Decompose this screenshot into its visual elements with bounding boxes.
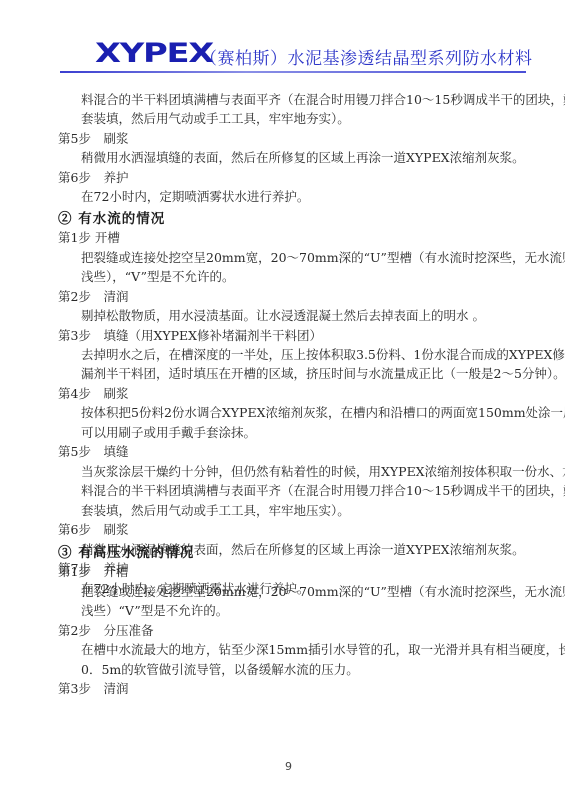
paragraph-line: 浅些），“V”型是不允许的。 [81,269,235,285]
step-heading: 第5步 填缝 [58,444,128,460]
paragraph-line: 0．5m的软管做引流导管，以备缓解水流的压力。 [81,662,359,678]
step-heading: 第6步 养护 [58,170,128,186]
paragraph-line: 套装填，然后用气动或手工工具，牢牢地压实）。 [81,503,350,519]
page-number: 9 [285,760,292,773]
step-heading: 第6步 刷浆 [58,522,128,538]
paragraph-line: 漏剂半干料团，适时填压在开槽的区域，挤压时间与水流量成正比（一般是2～5分钟）。 [81,366,565,382]
header-title: （赛柏斯）水泥基渗透结晶型系列防水材料 [200,44,533,69]
paragraph-line: 稍微用水洒湿填缝的表面，然后在所修复的区域上再涂一道XYPEX浓缩剂灰浆。 [81,150,525,166]
section-heading: ② 有水流的情况 [58,211,165,227]
paragraph-line: 料混合的半干料团填满槽与表面平齐（在混合时用镘刀拌合10～15秒调成半干的团块，… [81,92,565,108]
header-divider [60,71,526,73]
paragraph-line: 剔掉松散物质，用水浸渍基面。让水浸透混凝土然后去掉表面上的明水 。 [81,308,485,324]
paragraph-line: 把裂缝或连接处挖空呈20mm宽，20～70mm深的“U”型槽（有水流时挖深些，无… [81,584,565,600]
page-header: XYPEX （赛柏斯）水泥基渗透结晶型系列防水材料 [0,0,565,80]
step-heading: 第3步 清润 [58,681,128,697]
section-heading: ③ 有高压水流的情况 [58,545,194,561]
step-heading: 第2步 分压准备 [58,623,153,639]
xypex-logo: XYPEX [95,38,213,69]
step-heading: 第1步 开槽 [58,230,120,246]
paragraph-line: 料混合的半干料团填满槽与表面平齐（在混合时用镘刀拌合10～15秒调成半干的团块，… [81,483,565,499]
paragraph-line: 当灰浆涂层干燥约十分钟，但仍然有粘着性的时候，用XYPEX浓缩剂按体积取一份水、… [81,464,565,480]
step-heading: 第2步 清润 [58,289,128,305]
step-heading: 第5步 刷浆 [58,131,128,147]
paragraph-line: 在槽中水流最大的地方，钻至少深15mm插引水导管的孔，取一光滑并具有相当硬度，长… [81,642,565,658]
paragraph-line: 去掉明水之后，在槽深度的一半处，压上按体积取3.5份料、1份水混合而成的XYPE… [81,347,565,363]
paragraph-line: 把裂缝或连接处挖空呈20mm宽，20～70mm深的“U”型槽（有水流时挖深些，无… [81,250,565,266]
step-heading: 第1步 开槽 [58,564,128,580]
paragraph-line: 在72小时内，定期喷洒雾状水进行养护。 [81,189,309,205]
paragraph-line: 浅些）“V”型是不允许的。 [81,603,228,619]
paragraph-line: 可以用刷子或用手戴手套涂抹。 [81,425,256,441]
step-heading: 第3步 填缝（用XYPEX修补堵漏剂半干料团） [58,328,322,344]
paragraph-line: 按体积把5份料2份水调合XYPEX浓缩剂灰浆，在槽内和沿槽口的两面宽150mm处… [81,405,565,421]
paragraph-line: 套装填，然后用气动或手工工具，牢牢地夯实）。 [81,111,350,127]
step-heading: 第4步 刷浆 [58,386,128,402]
